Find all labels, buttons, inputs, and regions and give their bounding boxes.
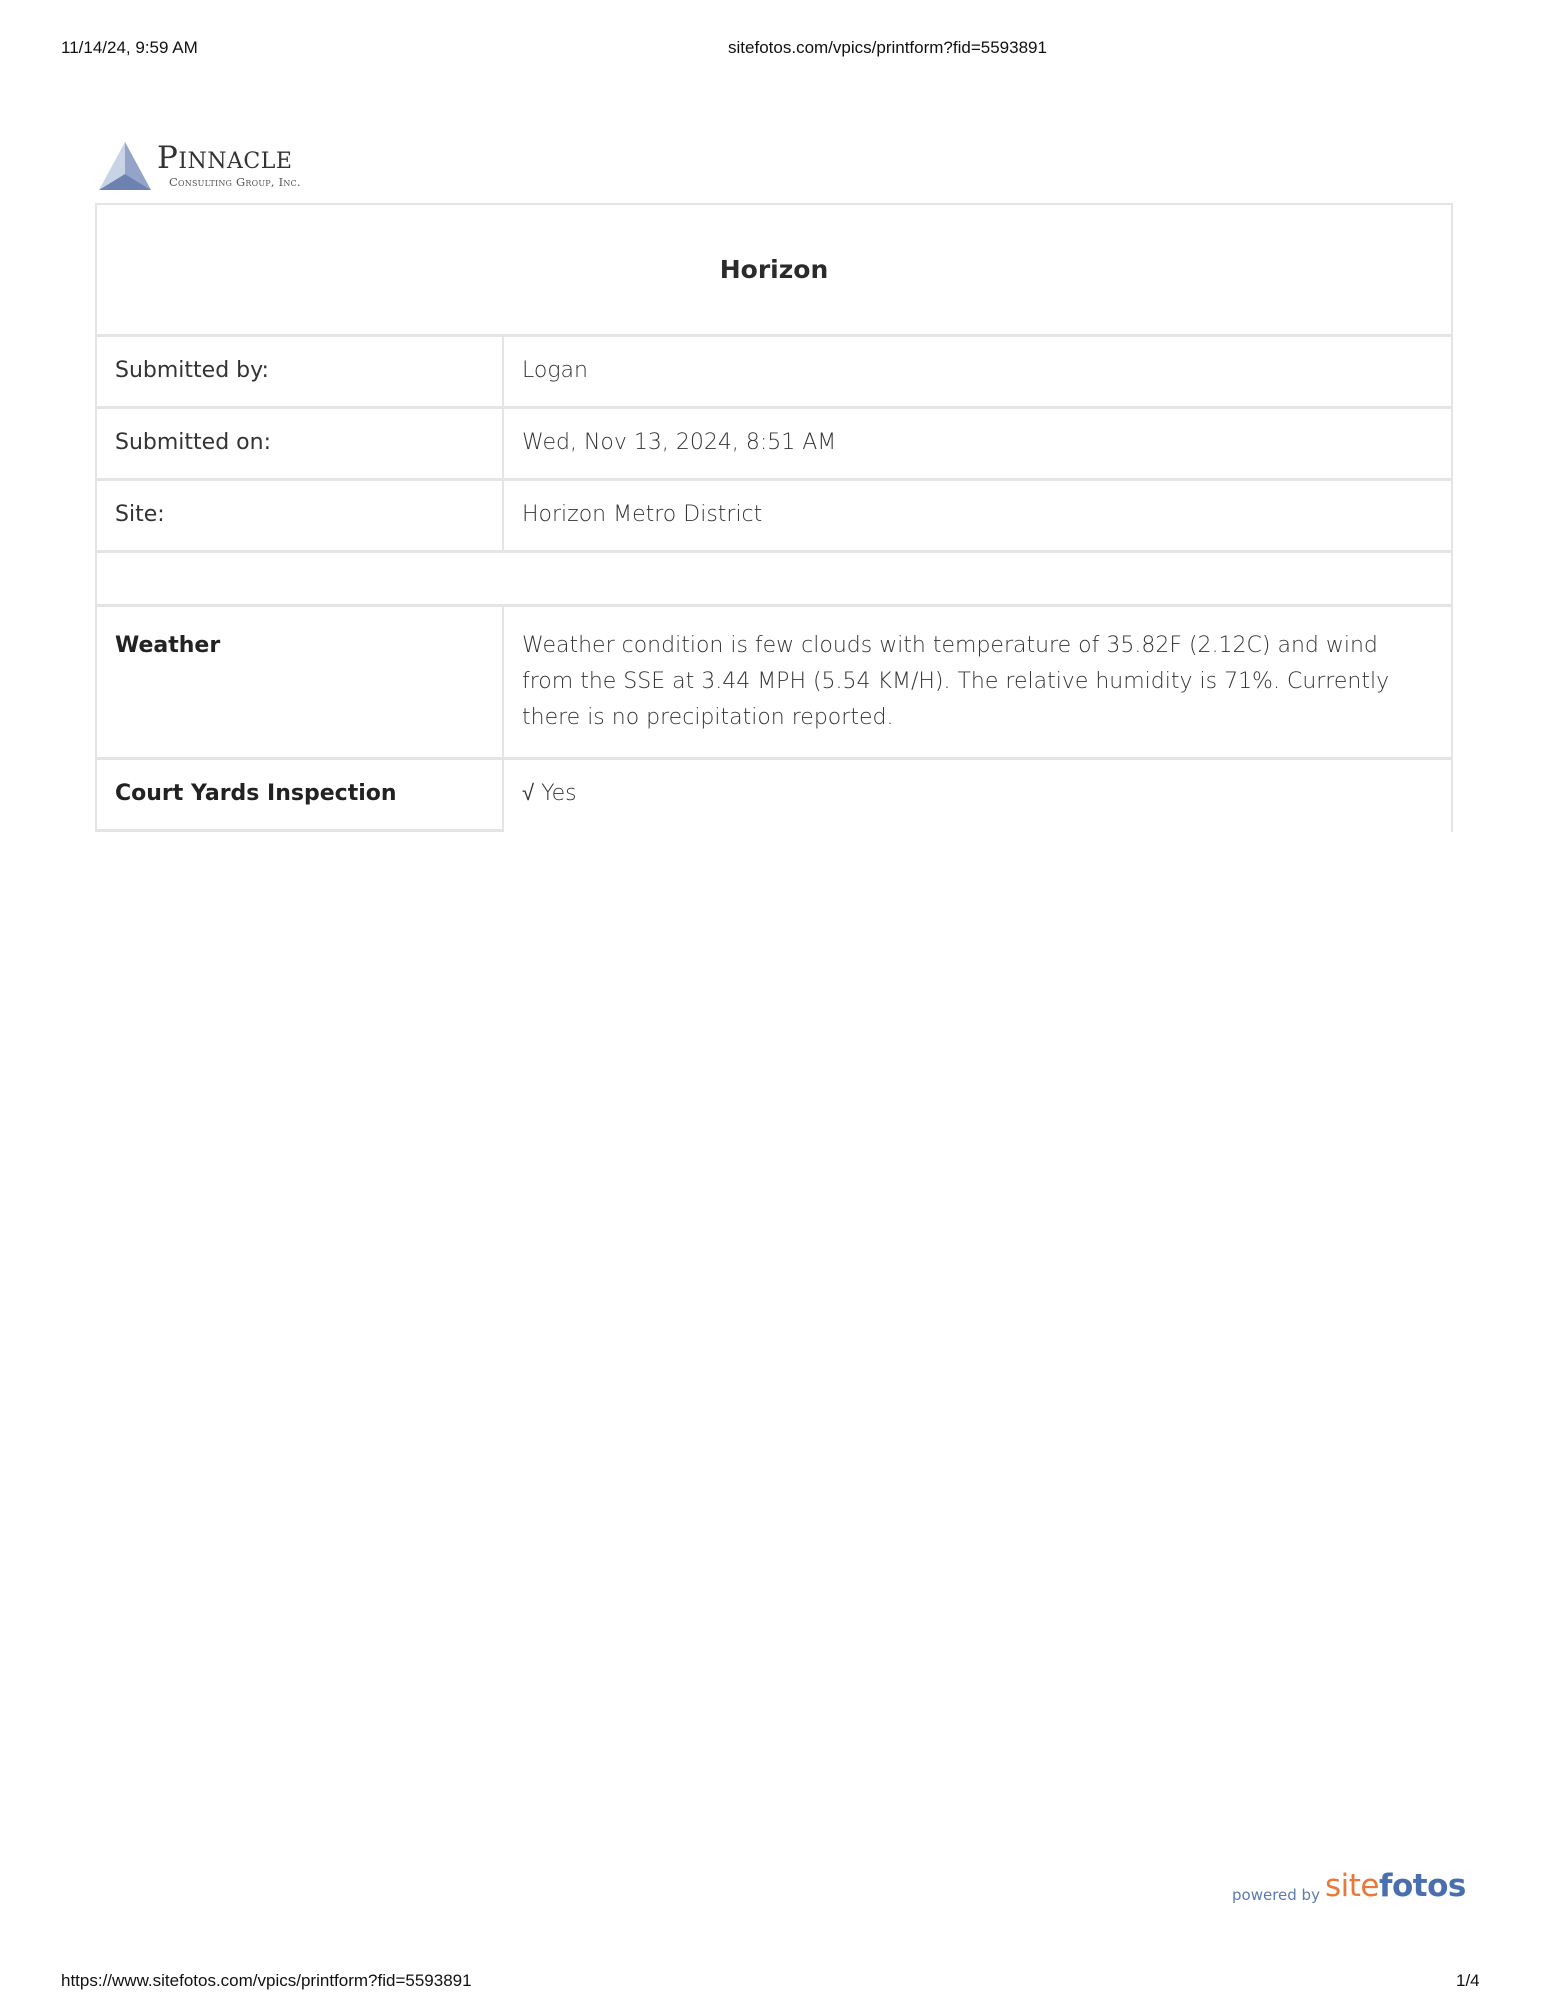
meta-row-submitted-on: Submitted on: Wed, Nov 13, 2024, 8:51 AM xyxy=(95,409,1453,481)
field-value: √ Yes xyxy=(504,760,1453,832)
print-footer: https://www.sitefotos.com/vpics/printfor… xyxy=(0,1971,1545,1995)
spacer-row xyxy=(95,553,1453,607)
meta-value: Logan xyxy=(504,337,1451,406)
brand-fotos: fotos xyxy=(1379,1868,1466,1904)
logo-name: Pinnacle xyxy=(157,140,292,176)
field-row-court-yards-inspection: Court Yards Inspection √ Yes xyxy=(95,760,1453,832)
field-value: Weather condition is few clouds with tem… xyxy=(504,607,1451,757)
meta-row-submitted-by: Submitted by: Logan xyxy=(95,337,1453,409)
print-header-url: sitefotos.com/vpics/printform?fid=559389… xyxy=(0,38,1545,58)
meta-label: Submitted on: xyxy=(97,409,504,478)
sitefotos-logo: sitefotos xyxy=(1325,1868,1466,1904)
powered-by-sitefotos: powered by sitefotos xyxy=(1232,1868,1472,1908)
print-footer-url: https://www.sitefotos.com/vpics/printfor… xyxy=(61,1971,472,1991)
field-label: Weather xyxy=(97,607,504,757)
form-title: Horizon xyxy=(95,203,1453,337)
meta-label: Site: xyxy=(97,481,504,550)
meta-value: Horizon Metro District xyxy=(504,481,1451,550)
company-logo: Pinnacle Consulting Group, Inc. xyxy=(97,138,337,196)
form-table: Horizon Submitted by: Logan Submitted on… xyxy=(95,203,1453,832)
brand-site: site xyxy=(1325,1868,1379,1904)
field-row-weather: Weather Weather condition is few clouds … xyxy=(95,607,1453,760)
page-number: 1/4 xyxy=(1456,1971,1480,1991)
meta-row-site: Site: Horizon Metro District xyxy=(95,481,1453,553)
meta-value: Wed, Nov 13, 2024, 8:51 AM xyxy=(504,409,1451,478)
print-header: 11/14/24, 9:59 AM sitefotos.com/vpics/pr… xyxy=(0,38,1545,62)
logo-subtitle: Consulting Group, Inc. xyxy=(169,175,301,189)
powered-by-label: powered by xyxy=(1232,1886,1320,1904)
field-label: Court Yards Inspection xyxy=(97,760,504,832)
meta-label: Submitted by: xyxy=(97,337,504,406)
pyramid-logo-icon xyxy=(97,140,153,192)
